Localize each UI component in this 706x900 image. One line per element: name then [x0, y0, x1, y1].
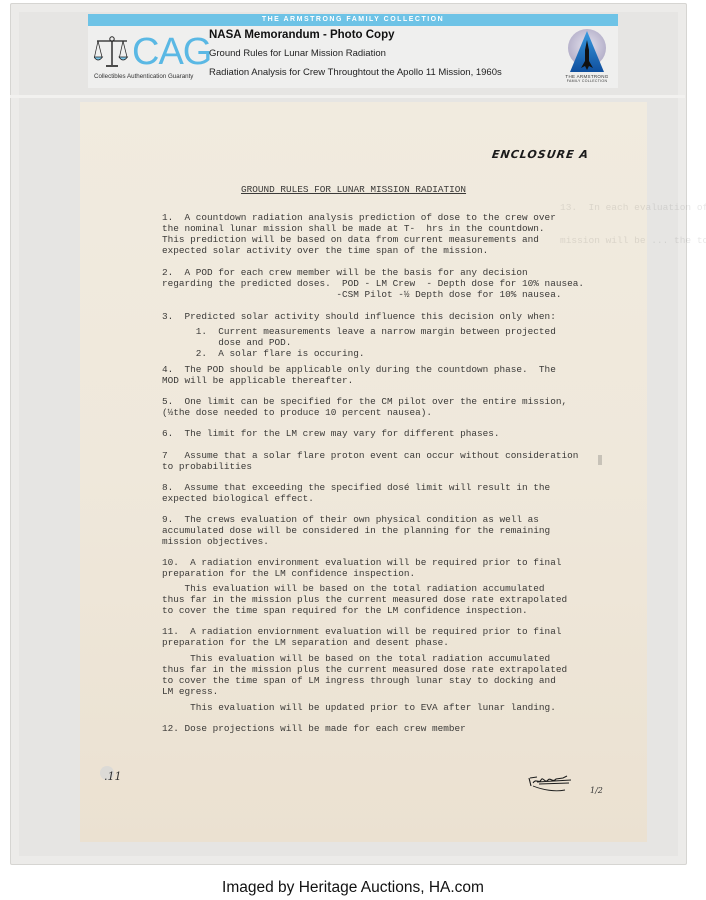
armstrong-collection-logo: THE ARMSTRONG FAMILY COLLECTION [558, 28, 616, 88]
document-line: 12. Dose projections will be made for ea… [162, 723, 466, 734]
scribbled-signature-icon [527, 772, 575, 794]
label-description: Radiation Analysis for Crew Throughtout … [209, 67, 502, 78]
document-line: accumulated dose will be considered in t… [162, 525, 550, 536]
document-line: thus far in the mission plus the current… [162, 594, 567, 605]
collection-banner: THE ARMSTRONG FAMILY COLLECTION [88, 14, 618, 26]
document-line: LM egress. [162, 686, 218, 697]
moon-rocket-icon [558, 28, 616, 74]
document-line: 10. A radiation environment evaluation w… [162, 557, 561, 568]
document-line: 4. The POD should be applicable only dur… [162, 364, 556, 375]
armstrong-logo-line2: FAMILY COLLECTION [558, 79, 616, 84]
document-line: to cover the time span of LM ingress thr… [162, 675, 556, 686]
document-line: MOD will be applicable thereafter. [162, 375, 353, 386]
document-line: This evaluation will be updated prior to… [162, 702, 556, 713]
document-line: mission objectives. [162, 536, 269, 547]
document-line: 9. The crews evaluation of their own phy… [162, 514, 539, 525]
armstrong-logo-text: THE ARMSTRONG FAMILY COLLECTION [558, 74, 616, 84]
document-line: This prediction will be based on data fr… [162, 234, 539, 245]
bleed-line: mission will be ... the total dose limit… [560, 235, 706, 246]
document-line: 1. A countdown radiation analysis predic… [162, 212, 556, 223]
document-line: to cover the time span required for the … [162, 605, 528, 616]
margin-mark [598, 455, 602, 465]
bleed-through-text: 13. In each evaluation of the ... missio… [560, 180, 706, 257]
document-line: 1. Current measurements leave a narrow m… [162, 326, 556, 337]
label-title: NASA Memorandum - Photo Copy [209, 29, 395, 41]
document-line: dose and POD. [162, 337, 291, 348]
document-line: (½the dose needed to produce 10 percent … [162, 407, 432, 418]
document-line: thus far in the mission plus the current… [162, 664, 567, 675]
cag-wordmark: CAG [132, 33, 211, 71]
document-line: preparation for the LM confidence inspec… [162, 568, 415, 579]
document-line: 2. A POD for each crew member will be th… [162, 267, 528, 278]
handwritten-mark-left: .11 [104, 770, 122, 783]
document-line: -CSM Pilot -½ Depth dose for 10% nausea. [162, 289, 561, 300]
document-line: 7 Assume that a solar flare proton event… [162, 450, 578, 461]
cag-tagline: Collectibles Authentication Guaranty [94, 73, 193, 80]
document-line: the nominal lunar mission shall be made … [162, 223, 545, 234]
document-line: This evaluation will be based on the tot… [162, 583, 545, 594]
document-line: 6. The limit for the LM crew may vary fo… [162, 428, 500, 439]
cag-logo: CAG Collectibles Authentication Guaranty [94, 31, 202, 85]
bleed-line: 13. In each evaluation of the ... [560, 202, 706, 213]
scales-of-justice-icon [94, 35, 130, 69]
document-line: expected biological effect. [162, 493, 314, 504]
document-line: 3. Predicted solar activity should influ… [162, 311, 556, 322]
document-title: GROUND RULES FOR LUNAR MISSION RADIATION [241, 184, 466, 195]
document-line: 8. Assume that exceeding the specified d… [162, 482, 550, 493]
enclosure-handwritten-note: ENCLOSURE A [491, 148, 590, 161]
document-line: to probabilities [162, 461, 252, 472]
certification-label: THE ARMSTRONG FAMILY COLLECTION CAG Coll… [88, 14, 618, 88]
handwritten-page-fraction: 1/2 [590, 786, 603, 795]
label-subtitle: Ground Rules for Lunar Mission Radiation [209, 48, 386, 59]
document-line: expected solar activity over the time sp… [162, 245, 488, 256]
document-line: preparation for the LM separation and de… [162, 637, 449, 648]
document-line: regarding the predicted doses. POD - LM … [162, 278, 584, 289]
document-line: 2. A solar flare is occuring. [162, 348, 365, 359]
document-line: 11. A radiation enviornment evaluation w… [162, 626, 561, 637]
document-line: This evaluation will be based on the tot… [162, 653, 550, 664]
slab-divider [10, 95, 685, 98]
image-credit: Imaged by Heritage Auctions, HA.com [0, 879, 706, 897]
document-line: 5. One limit can be specified for the CM… [162, 396, 567, 407]
